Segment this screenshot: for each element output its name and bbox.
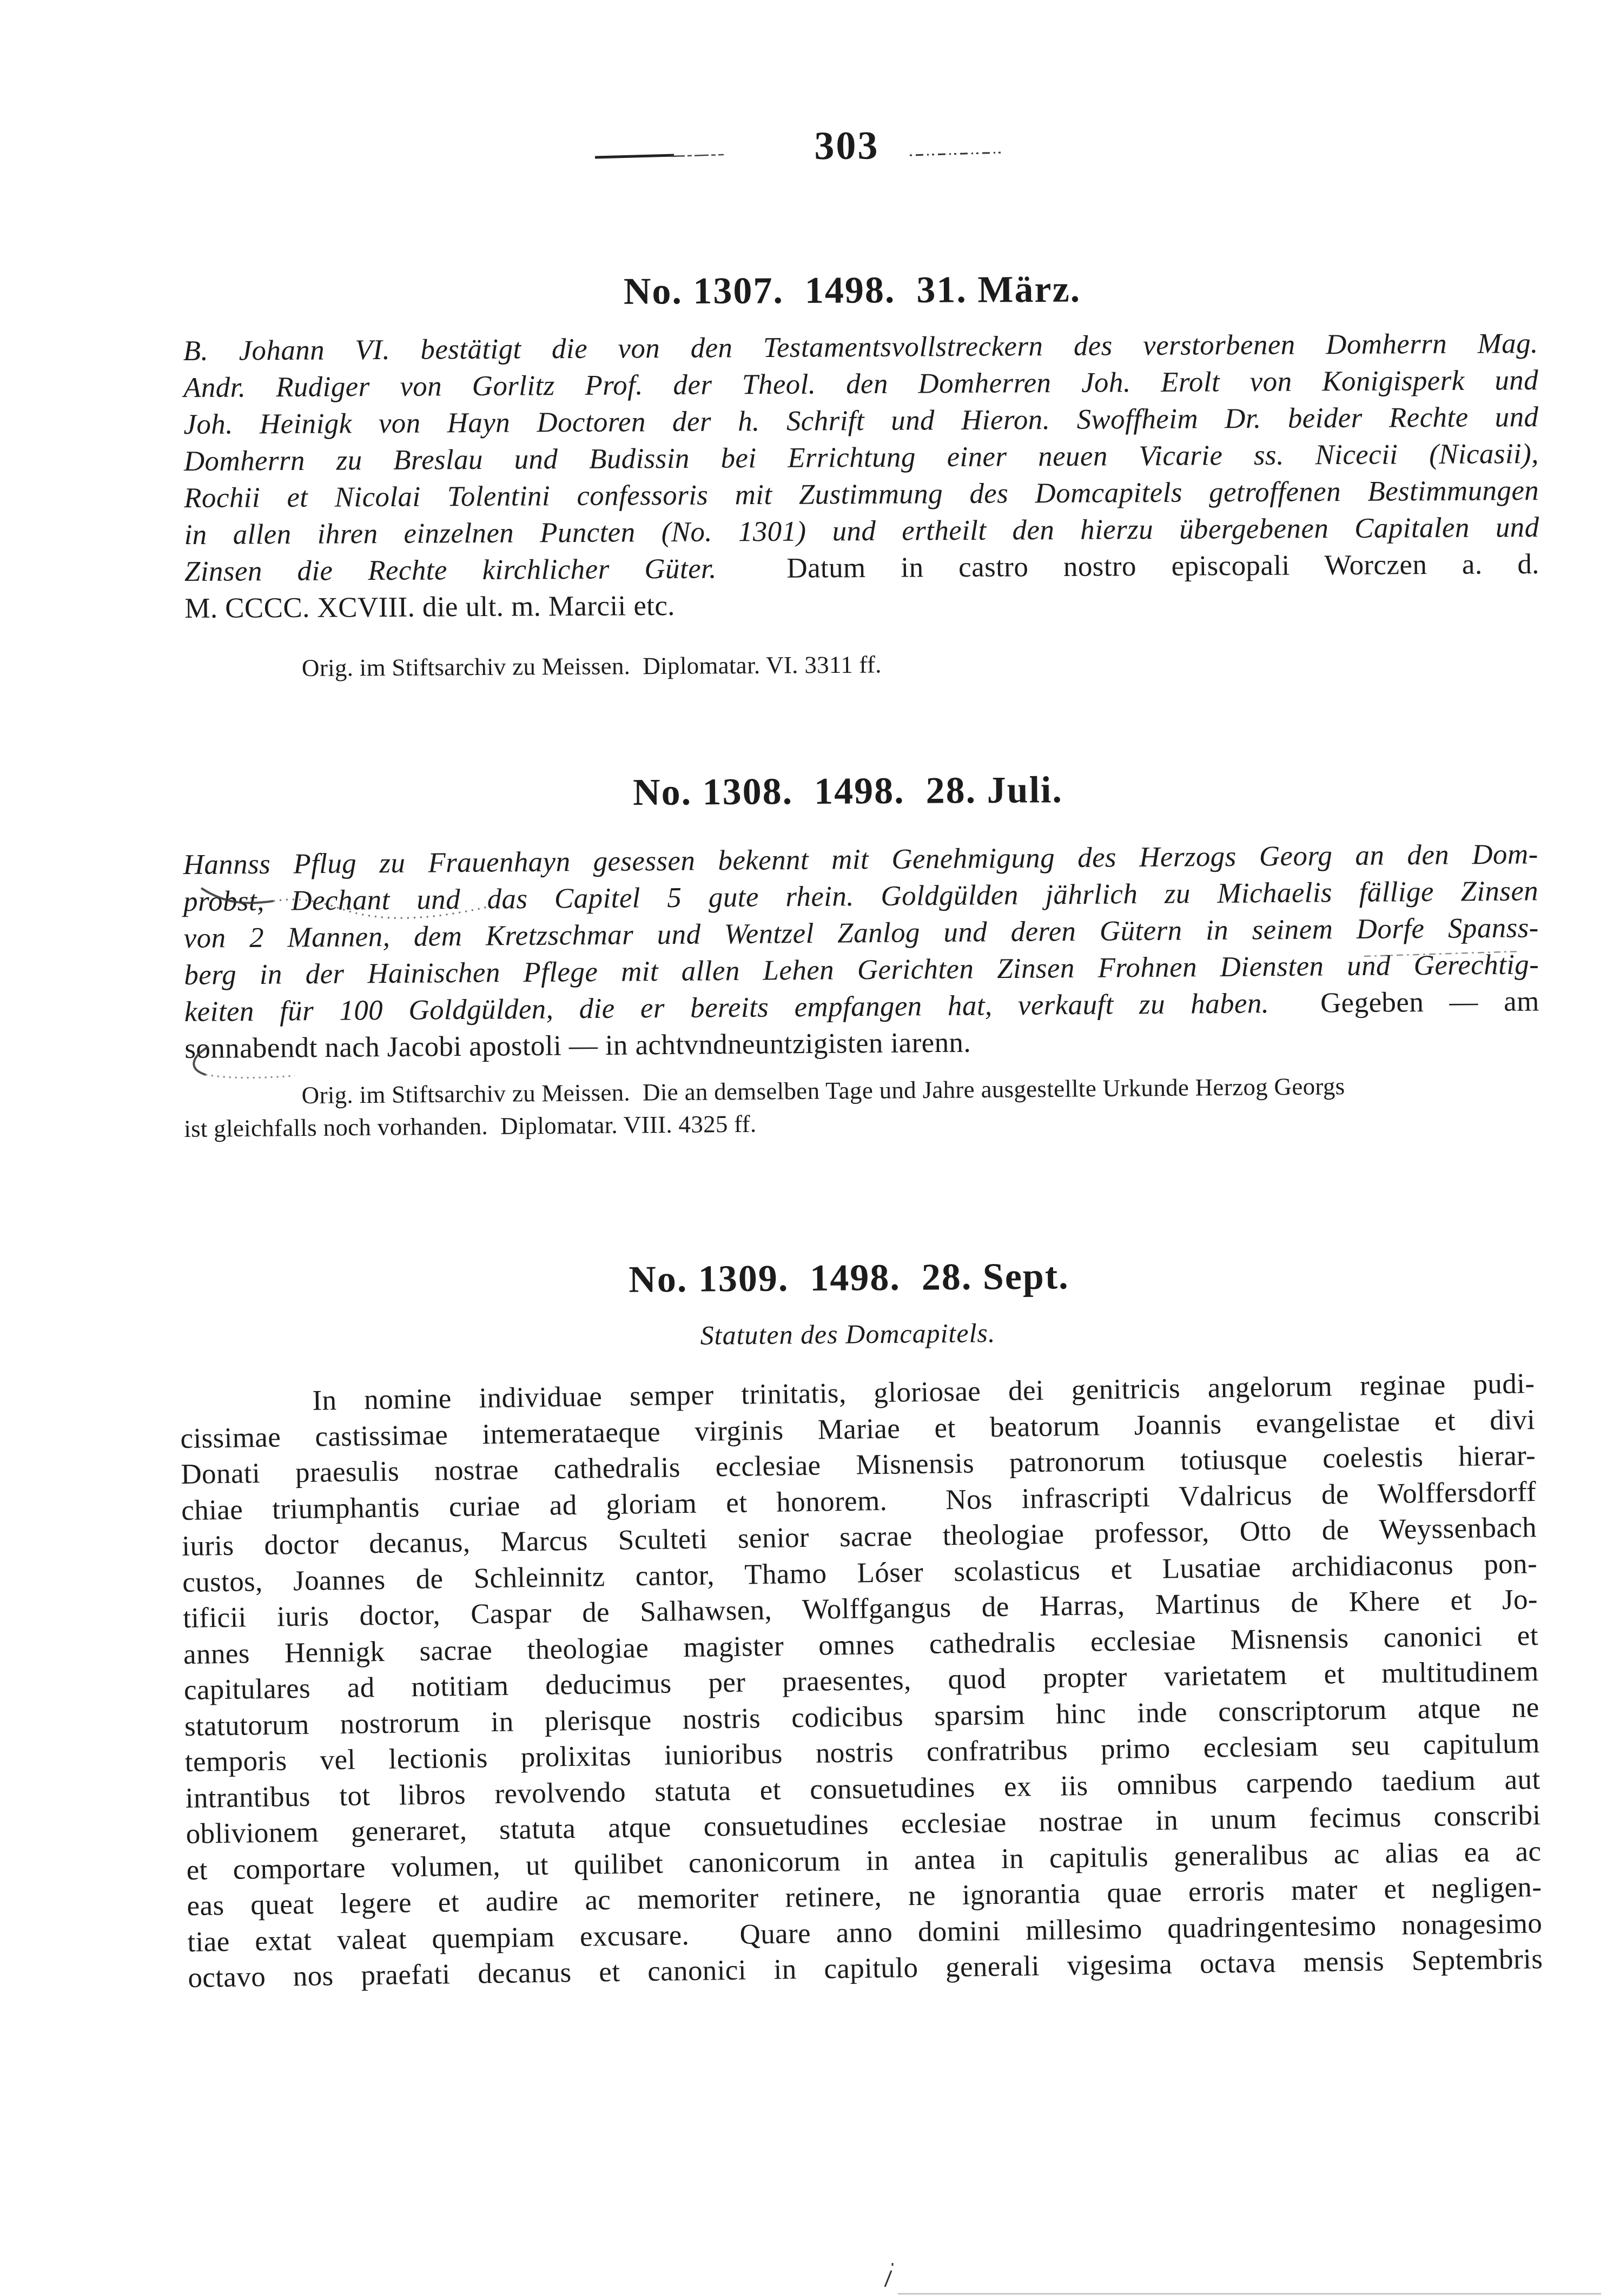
entry-1309-heading-text: No. 1309. 1498. 28. Sept. xyxy=(629,1255,1069,1301)
page-number: 303 xyxy=(0,119,1620,174)
entry-1309-body: In nomine individuae semper trinitatis, … xyxy=(180,1366,1543,1996)
entry-1308-heading: No. 1308. 1498. 28. Juli. xyxy=(0,765,1620,818)
italic-text: B. Johann VI. bestätigt die von den Test… xyxy=(183,328,1538,367)
roman-text: M. CCCC. XCVIII. die ult. m. Marcii etc. xyxy=(184,590,675,624)
entry-1309-subtitle: Statuten des Domcapitels. xyxy=(0,1312,1620,1357)
italic-text: Andr. Rudiger von Gorlitz Prof. der Theo… xyxy=(183,365,1538,403)
italic-text: Zinsen die Rechte kirchlicher Güter. xyxy=(184,553,717,587)
page-number-value: 303 xyxy=(814,123,879,169)
italic-text: Rochii et Nicolai Tolentini confessoris … xyxy=(184,475,1539,514)
entry-1308-summary: Hannss Pflug zu Frauenhayn gesessen beke… xyxy=(183,836,1539,1067)
entry-1307-heading: No. 1307. 1498. 31. März. xyxy=(0,266,1620,317)
text-line: Orig. im Stiftsarchiv zu Meissen. Diplom… xyxy=(302,644,1540,684)
roman-text: ist gleichfalls noch vorhanden. Diplomat… xyxy=(184,1110,757,1142)
stray-pen-mark xyxy=(885,2263,892,2287)
entry-1309-heading: No. 1309. 1498. 28. Sept. xyxy=(0,1250,1620,1307)
entry-1308-heading-text: No. 1308. 1498. 28. Juli. xyxy=(633,769,1063,815)
roman-text: Orig. im Stiftsarchiv zu Meissen. Die an… xyxy=(302,1073,1345,1109)
text-line: M. CCCC. XCVIII. die ult. m. Marcii etc. xyxy=(184,583,1539,627)
scanned-book-page: 303 No. 1307. 1498. 31. März. B. Johann … xyxy=(0,0,1620,2296)
text-line: Zinsen die Rechte kirchlicher Güter. Dat… xyxy=(184,546,1539,590)
italic-text: Joh. Heinigk von Hayn Doctoren der h. Sc… xyxy=(183,401,1538,440)
entry-1307-heading-text: No. 1307. 1498. 31. März. xyxy=(624,268,1081,314)
italic-text: in allen ihren einzelnen Puncten (No. 13… xyxy=(184,512,1539,551)
entry-1309-subtitle-text: Statuten des Domcapitels. xyxy=(700,1317,995,1351)
entry-1307-source: Orig. im Stiftsarchiv zu Meissen. Diplom… xyxy=(302,644,1540,684)
roman-text: Datum in castro nostro episcopali Worcze… xyxy=(717,548,1539,584)
entry-1308-source: Orig. im Stiftsarchiv zu Meissen. Die an… xyxy=(301,1068,1540,1144)
italic-text: keiten für 100 Goldgülden, die er bereit… xyxy=(184,988,1269,1028)
roman-text: Gegeben — am xyxy=(1269,985,1539,1019)
italic-text: Domherrn zu Breslau und Budissin bei Err… xyxy=(184,438,1539,477)
roman-text: Orig. im Stiftsarchiv zu Meissen. Diplom… xyxy=(302,651,882,681)
entry-1307-summary: B. Johann VI. bestätigt die von den Test… xyxy=(183,325,1539,627)
roman-text: sonnabendt nach Jacobi apostoli — in ach… xyxy=(184,1027,971,1064)
